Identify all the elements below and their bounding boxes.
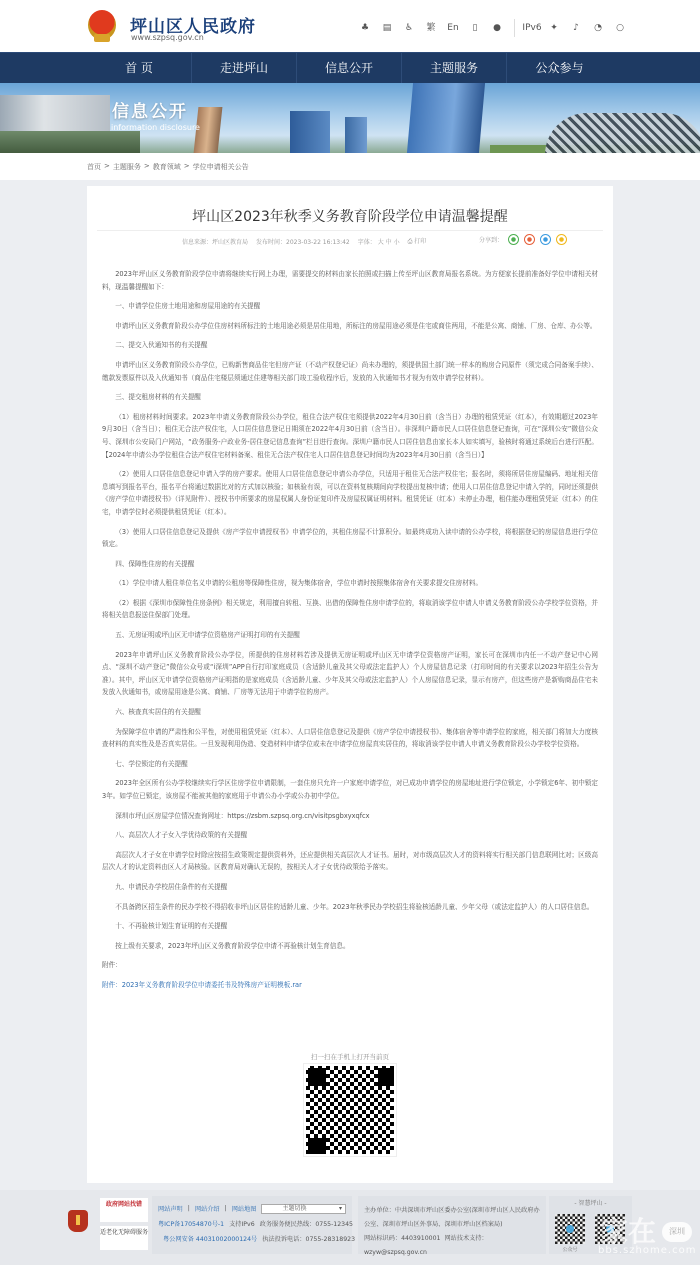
accessibility-icon[interactable]: ♿ [398, 21, 420, 35]
national-emblem-logo[interactable] [88, 10, 116, 40]
meta-source: 信息来源：坪山区教育局 [182, 237, 248, 246]
breadcrumb-thematic-services[interactable]: 主题服务 [113, 162, 141, 172]
site-id: 网站标识码：4403910001 [364, 1235, 441, 1242]
font-size-medium[interactable]: 中 [386, 239, 392, 246]
page-qr-code [304, 1064, 396, 1156]
android-icon[interactable]: ✦ [543, 21, 565, 35]
complaint-phone: 执法投诉电话：0755-28318923 [262, 1234, 355, 1243]
breadcrumb: 首页 > 主题服务 > 教育领域 > 学位申请相关公告 [87, 162, 249, 172]
section-heading: 七、学位锁定的有关提醒 [102, 758, 598, 771]
banner-glass-building [290, 111, 330, 153]
watermark-text: 家在 [600, 1210, 656, 1250]
body-paragraph: 申请坪山区义务教育阶段公办学位住房材料所标注的土地用途必须是居住用地，所标注的房… [102, 320, 598, 333]
sponsor-info: 主办单位：中共深圳市坪山区委办公室(深圳市坪山区人民政府办公室、深圳市坪山区外事… [364, 1204, 540, 1232]
footer-separator: | [225, 1205, 227, 1212]
footer-link-about[interactable]: 网站介绍 [195, 1204, 220, 1213]
font-size-large[interactable]: 大 [378, 239, 384, 246]
article-title: 坪山区2023年秋季义务教育阶段学位申请温馨提醒 [87, 206, 613, 226]
nav-item-information-disclosure[interactable]: 信息公开 [297, 53, 402, 84]
footer-info: 主办单位：中共深圳市坪山区委办公室(深圳市坪山区人民政府办公室、深圳市坪山区外事… [358, 1196, 546, 1254]
icp-link[interactable]: 粤ICP备17054870号-1 [158, 1219, 224, 1228]
share-weibo-icon[interactable] [524, 234, 535, 245]
section-heading: 三、提交租房材料的有关提醒 [102, 391, 598, 404]
site-url: www.szpsq.gov.cn [131, 33, 204, 42]
footer-separator: | [188, 1205, 190, 1212]
banner-title: 信息公开 [112, 97, 188, 122]
nav-item-home[interactable]: 首 页 [87, 53, 192, 84]
body-paragraph: 2023年坪山区义务教育阶段学位申请将继续实行网上办理，需要提交的材料由家长拍照… [102, 268, 598, 293]
section-heading: 一、申请学位住房土地用途和房屋用途的有关提醒 [102, 300, 598, 313]
body-paragraph: 2023年申请坪山区义务教育阶段公办学位，所提供的住房材料若涉及提供无房证明或坪… [102, 649, 598, 699]
section-heading: 八、高层次人才子女入学优待政策的有关提醒 [102, 829, 598, 842]
clock-icon[interactable]: ◔ [587, 21, 609, 35]
article-body: 2023年坪山区义务教育阶段学位申请将继续实行网上办理，需要提交的材料由家长拍照… [102, 268, 598, 999]
ipv6-support: 支持IPv6 [229, 1219, 255, 1228]
body-paragraph: 为保障学位申请的严肃性和公平性，对使用租赁凭证（红本）、人口居住信息登记及提供《… [102, 726, 598, 751]
watermark-url: bbs.szhome.com [598, 1245, 696, 1256]
share-wechat-icon[interactable] [508, 234, 519, 245]
section-heading: 四、保障性住房的有关提醒 [102, 558, 598, 571]
elderly-icon[interactable]: ♣ [354, 21, 376, 35]
share-bar: 分享到： [479, 234, 567, 245]
search-icon[interactable]: ○ [609, 21, 631, 35]
body-paragraph: （1）租房材料时间要求。2023年申请义务教育阶段公办学位，租住合法产权住宅须提… [102, 411, 598, 461]
footer-links: 网站声明 | 网站介绍 | 网站地图 主题切换 粤ICP备17054870号-1… [152, 1196, 352, 1254]
footer-qr-title: - 智慧坪山 - [549, 1198, 632, 1207]
article-meta: 信息来源：坪山区教育局 发布时间：2023-03-22 16:13:42 字体：… [182, 236, 426, 246]
title-divider [97, 230, 603, 231]
body-paragraph: （1）学位申请人租住单位名义申请的公租房等保障性住房，视为集体宿舍，学位申请时按… [102, 577, 598, 590]
footer-link-statement[interactable]: 网站声明 [158, 1204, 183, 1213]
breadcrumb-education[interactable]: 教育领域 [153, 162, 181, 172]
footer-link-sitemap[interactable]: 网站地图 [232, 1204, 257, 1213]
print-label: 打印 [414, 238, 426, 245]
attachment-label: 附件： [102, 959, 598, 972]
banner-stadium-dome [545, 113, 700, 153]
body-paragraph: 2023年全区所有公办学校继续实行学区住房学位申请限制，一套住房只允许一户家庭申… [102, 777, 598, 802]
font-size-label: 字体： [358, 239, 376, 246]
meta-published: 发布时间：2023-03-22 16:13:42 [256, 237, 350, 246]
body-paragraph: 申请坪山区义务教育阶段公办学位，已购新售商品住宅但房产证（不动产权登记证）尚未办… [102, 359, 598, 384]
traditional-chinese-icon[interactable]: 繁 [420, 21, 442, 35]
nav-item-thematic-services[interactable]: 主题服务 [402, 53, 507, 84]
ipv6-icon[interactable]: IPv6 [521, 21, 543, 35]
body-paragraph: 不具备跨区招生条件的民办学校不得招收非坪山区居住的适龄儿童、少年。2023年秋季… [102, 901, 598, 914]
share-label: 分享到： [479, 235, 503, 244]
site-footer: 政府网站找错 适老化无障碍服务 网站声明 | 网站介绍 | 网站地图 主题切换 … [0, 1190, 700, 1265]
font-size-controls: 字体： 大 中 小 [358, 237, 400, 246]
body-paragraph: 深圳市坪山区房屋学位情况查询网址：https://zsbm.szpsq.org.… [102, 810, 598, 823]
print-button[interactable]: ⎙ 打印 [408, 236, 427, 246]
section-heading: 九、申请民办学校居住条件的有关提醒 [102, 881, 598, 894]
watermark-tag: 深圳 [662, 1222, 692, 1242]
banner-trees [0, 131, 140, 153]
body-paragraph: 按上级有关要求，2023年坪山区义务教育阶段学位申请不再验核计划生育信息。 [102, 940, 598, 953]
english-icon[interactable]: En [442, 21, 464, 35]
attachment-link[interactable]: 附件：2023年义务教育阶段学位申请委托书及特殊房产证明模板.rar [102, 979, 598, 992]
tools-divider [514, 19, 515, 37]
wechat-icon[interactable]: ● [486, 21, 508, 35]
page-qr-block: 扫一扫在手机上打开当前页 [287, 1052, 413, 1156]
mobile-icon[interactable]: ▯ [464, 21, 486, 35]
nav-item-public-participation[interactable]: 公众参与 [507, 53, 612, 84]
site-header: 坪山区人民政府 www.szpsq.gov.cn ♣▤♿繁En▯●IPv6✦♪◔… [0, 0, 700, 52]
breadcrumb-separator: > [184, 162, 190, 172]
newspaper-icon[interactable]: ▤ [376, 21, 398, 35]
party-emblem-icon[interactable] [68, 1210, 88, 1232]
section-heading: 二、提交入伙通知书的有关提醒 [102, 339, 598, 352]
report-error-badge[interactable]: 政府网站找错 [100, 1198, 148, 1222]
qr-label: 扫一扫在手机上打开当前页 [287, 1052, 413, 1061]
banner-subtitle: information disclosure [111, 123, 200, 132]
breadcrumb-bar: 首页 > 主题服务 > 教育领域 > 学位申请相关公告 [0, 153, 700, 180]
section-heading: 六、核查真实居住的有关提醒 [102, 706, 598, 719]
body-paragraph: （2）根据《深圳市保障性住房条例》相关规定，利用擅自转租、互换、出借的保障性住房… [102, 597, 598, 622]
article-card: 坪山区2023年秋季义务教育阶段学位申请温馨提醒 信息来源：坪山区教育局 发布时… [87, 186, 613, 1183]
header-tools: ♣▤♿繁En▯●IPv6✦♪◔○ [354, 19, 631, 37]
body-paragraph: （2）使用人口居住信息登记申请入学的房产要求。使用人口居住信息登记申请公办学位，… [102, 468, 598, 518]
body-paragraph: 高层次人才子女在申请学位时除应按招生政策规定提供资料外，还应提供相关高层次人才证… [102, 849, 598, 874]
font-size-small[interactable]: 小 [394, 239, 400, 246]
theme-switch-select[interactable]: 主题切换 [261, 1204, 346, 1214]
hotline: 政务服务便民热线：0755-12345 [260, 1219, 353, 1228]
breadcrumb-school-notices[interactable]: 学位申请相关公告 [193, 162, 249, 172]
section-heading: 十、不再验核计划生育证明的有关提醒 [102, 920, 598, 933]
nav-item-about-pingshan[interactable]: 走进坪山 [192, 53, 297, 84]
banner-glass-tower [407, 83, 485, 153]
share-qq-icon[interactable] [540, 234, 551, 245]
footer-qr-caption: 公众号 [555, 1246, 585, 1253]
police-record-link[interactable]: 粤公网安备 44031002000124号 [163, 1234, 257, 1243]
microphone-icon[interactable]: ♪ [565, 21, 587, 35]
accessibility-service-badge[interactable]: 适老化无障碍服务 [100, 1226, 148, 1250]
share-qzone-icon[interactable] [556, 234, 567, 245]
banner-image: 信息公开 information disclosure [0, 83, 700, 153]
banner-glass-building [345, 117, 367, 153]
section-heading: 五、无房证明或坪山区无申请学位资格房产证明打印的有关提醒 [102, 629, 598, 642]
main-nav: 首 页 走进坪山 信息公开 主题服务 公众参与 [0, 52, 700, 83]
breadcrumb-separator: > [144, 162, 150, 172]
breadcrumb-home[interactable]: 首页 [87, 162, 101, 172]
footer-meta-row: 网站标识码：4403910001 网站技术支持：wzyw@szpsq.gov.c… [364, 1232, 540, 1260]
breadcrumb-separator: > [104, 162, 110, 172]
wechat-official-qr [555, 1214, 585, 1244]
body-paragraph: （3）使用人口居住信息登记及提供《房产学位申请授权书》申请学位的，其租住房屋不计… [102, 526, 598, 551]
